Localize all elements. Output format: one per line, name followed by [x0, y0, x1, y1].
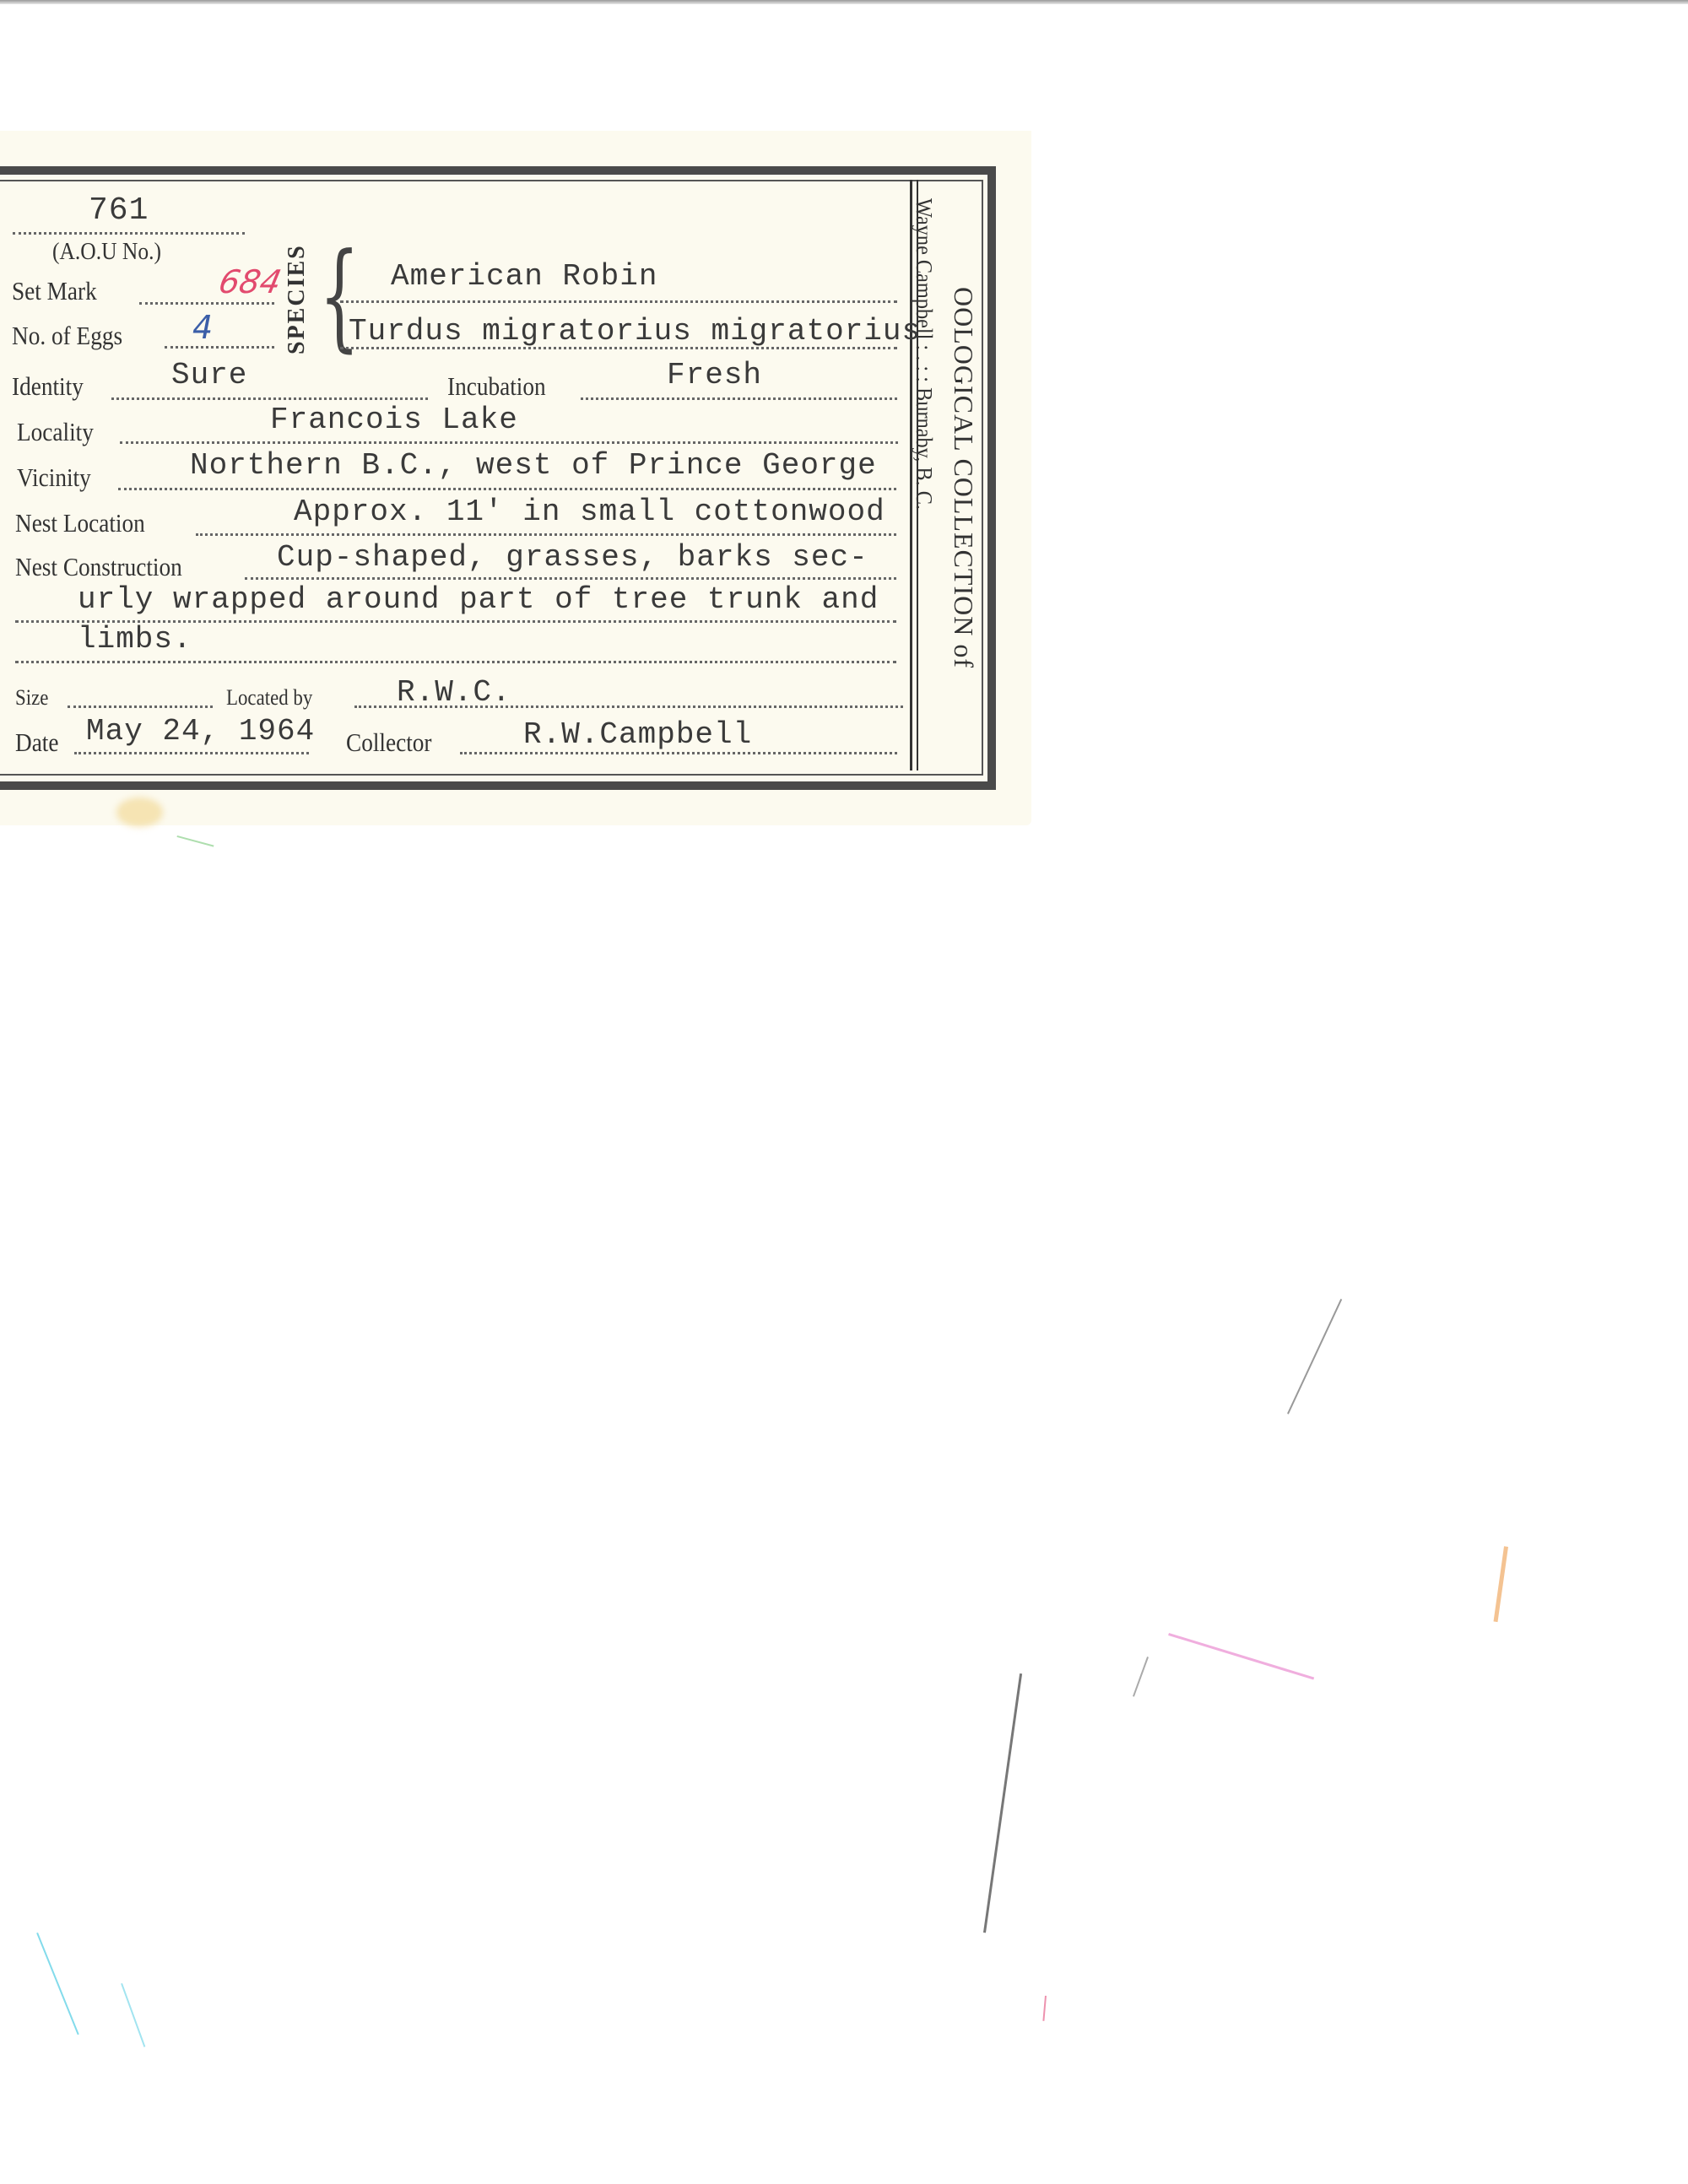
right-thick-border — [987, 166, 996, 790]
aou-number-value: 761 — [89, 192, 149, 229]
locality-value: Francois Lake — [270, 403, 518, 437]
size-label: Size — [15, 685, 48, 711]
set-mark-value: 684 — [215, 263, 284, 300]
nest-construction-label: Nest Construction — [15, 552, 182, 582]
nest-construction-text-2: urly wrapped around part of tree trunk a… — [78, 582, 879, 617]
species-common-name: American Robin — [391, 259, 657, 294]
identity-label: Identity — [12, 371, 84, 402]
nest-construction-line-1 — [245, 577, 896, 580]
scan-streak — [36, 1933, 79, 2035]
located-by-label: Located by — [226, 685, 312, 711]
incubation-label: Incubation — [447, 371, 546, 402]
species-common-line — [340, 300, 897, 303]
scan-streak — [1042, 1996, 1047, 2021]
nest-location-value: Approx. 11' in small cottonwood — [294, 495, 885, 529]
scan-streak — [176, 835, 214, 847]
collector-value: R.W.Campbell — [523, 717, 752, 752]
species-scientific-line — [340, 347, 897, 349]
identity-line — [111, 397, 428, 400]
collector-label: Collector — [346, 727, 432, 758]
eggs-line — [165, 346, 274, 349]
collection-owner-location: Wayne Campbell : . : : Burnaby, B. C. — [911, 198, 937, 510]
nest-construction-text-1: Cup-shaped, grasses, barks sec- — [277, 540, 868, 575]
vicinity-value: Northern B.C., west of Prince George — [190, 448, 877, 483]
scan-streak — [121, 1983, 145, 2047]
collector-line — [460, 752, 897, 754]
incubation-value: Fresh — [667, 358, 762, 392]
set-mark-line — [139, 302, 274, 305]
incubation-line — [581, 397, 897, 400]
scan-top-edge — [0, 0, 1688, 4]
aou-number-label: (A.O.U No.) — [52, 238, 161, 266]
species-label: SPECIES — [284, 245, 317, 354]
scan-streak — [1133, 1657, 1149, 1697]
nest-construction-line-3 — [15, 661, 896, 663]
scan-streak — [1168, 1633, 1314, 1679]
nest-construction-text-3: limbs. — [78, 622, 192, 657]
card-stain — [116, 797, 163, 827]
bottom-thick-border — [0, 781, 996, 790]
date-label: Date — [15, 727, 59, 758]
vicinity-line — [118, 488, 896, 490]
scan-streak — [1494, 1546, 1508, 1622]
top-thin-border — [0, 180, 983, 181]
top-thick-border — [0, 166, 996, 175]
right-thin-border — [982, 180, 983, 776]
identity-value: Sure — [171, 358, 247, 392]
scan-streak — [1287, 1299, 1342, 1414]
species-scientific-name: Turdus migratorius migratorius — [349, 314, 921, 349]
collection-title: OOLOGICAL COLLECTION of — [948, 287, 979, 668]
nest-location-label: Nest Location — [15, 508, 145, 538]
eggs-value: 4 — [192, 309, 213, 346]
eggs-label: No. of Eggs — [12, 321, 122, 351]
vicinity-label: Vicinity — [17, 462, 91, 493]
date-line — [74, 752, 309, 754]
locality-line — [120, 441, 898, 444]
set-mark-label: Set Mark — [12, 276, 97, 306]
scan-streak — [983, 1673, 1022, 1933]
date-value: May 24, 1964 — [86, 714, 315, 749]
size-line — [68, 705, 213, 708]
located-by-value: R.W.C. — [397, 675, 511, 710]
aou-number-line — [13, 232, 245, 235]
nest-location-line — [196, 533, 896, 536]
bottom-thin-border — [0, 774, 983, 776]
locality-label: Locality — [17, 417, 94, 447]
